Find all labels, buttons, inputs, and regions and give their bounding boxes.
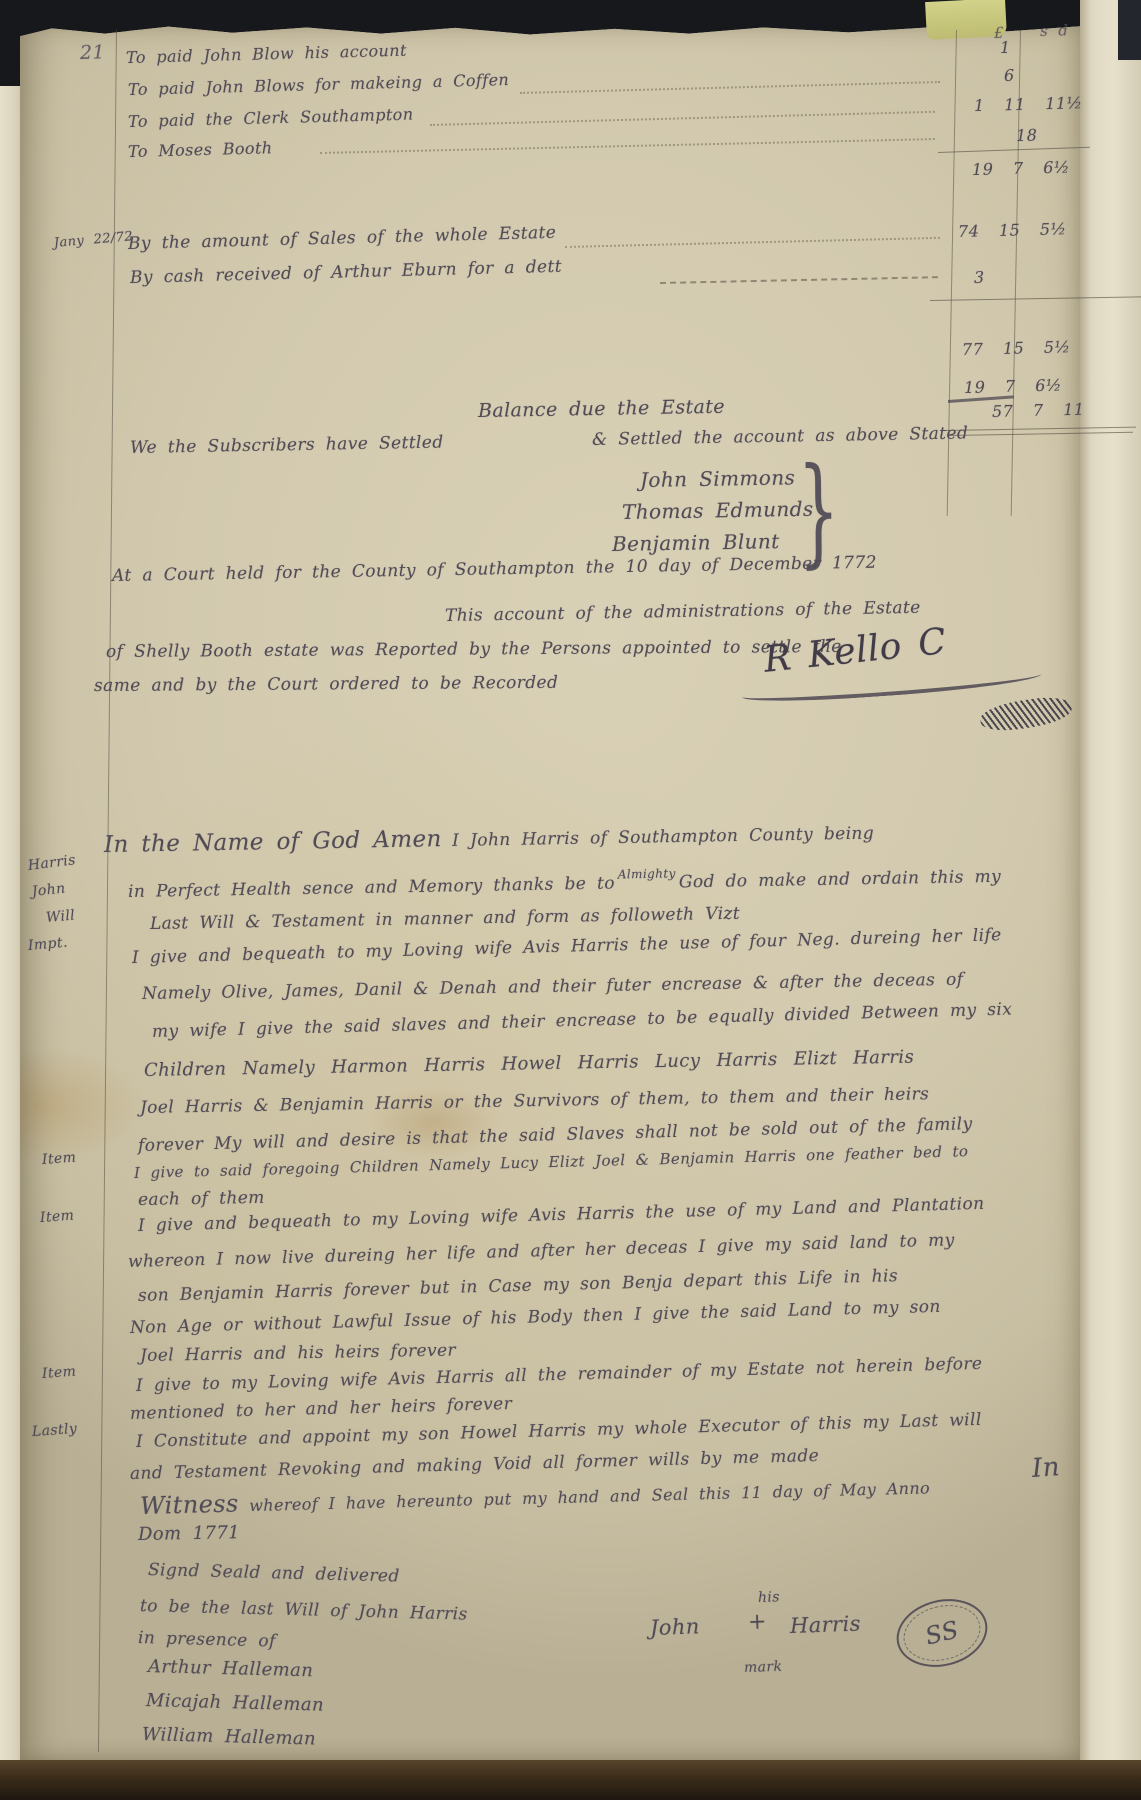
sig-last-name: Harris	[790, 1612, 862, 1638]
ledger-debit-total: 19 7 6½	[972, 157, 1070, 179]
attestation-line: in presence of	[138, 1628, 276, 1652]
margin-note: Will	[45, 907, 75, 925]
witness-signature: Arthur Halleman	[148, 1656, 314, 1681]
signature: Benjamin Blunt	[612, 529, 780, 556]
ledger-debit-label: To Moses Booth	[128, 138, 273, 161]
court-order-line: same and by the Court ordered to be Reco…	[94, 673, 558, 696]
ledger-subtotal: 77 15 5½	[962, 337, 1071, 359]
will-dom-line: Dom 1771	[138, 1522, 240, 1545]
sig-cross-mark: +	[748, 1609, 768, 1635]
ledger-credit-amount: 74 15 5½	[958, 219, 1067, 241]
ledger-debit-amount: 1 11 11½	[974, 93, 1083, 115]
facing-page-curl	[1080, 0, 1141, 1800]
signature: John Simmons	[640, 465, 796, 492]
inserted-word: Almighty	[618, 866, 676, 881]
signature-brace: }	[797, 451, 840, 570]
seal-initials: SS	[922, 1615, 961, 1650]
item-label: Item	[41, 1150, 76, 1168]
backdrop-corner	[1118, 0, 1141, 60]
ledger-balance: 57 7 11	[992, 400, 1085, 421]
sig-mark-word: mark	[744, 1659, 783, 1676]
item-label: Item	[41, 1364, 76, 1382]
ledger-debit-amount: 6	[1004, 66, 1015, 85]
folio-number: 21	[80, 41, 106, 64]
witness-big-word: Witness	[140, 1489, 239, 1520]
will-line: each of them	[138, 1188, 265, 1210]
item-label: Item	[39, 1208, 74, 1226]
ledger-carry: 19 7 6½	[964, 375, 1062, 397]
sig-first-name: John	[650, 1614, 701, 1640]
item-label: Lastly	[31, 1421, 77, 1440]
record-book-photo: 21 £ s d To paid John Blow his account 1…	[0, 0, 1141, 1800]
sig-his: his	[758, 1589, 780, 1606]
ledger-credit-amount: 3	[974, 268, 985, 287]
balance-label: Balance due the Estate	[478, 396, 725, 422]
will-in-big: In	[1031, 1452, 1061, 1484]
table-surface	[0, 1760, 1141, 1800]
signature: Thomas Edmunds	[622, 497, 814, 524]
ledger-debit-amount: 1	[1000, 38, 1011, 57]
ledger-debit-amount: 18	[1016, 125, 1038, 145]
currency-sd-header: s d	[1040, 21, 1069, 40]
